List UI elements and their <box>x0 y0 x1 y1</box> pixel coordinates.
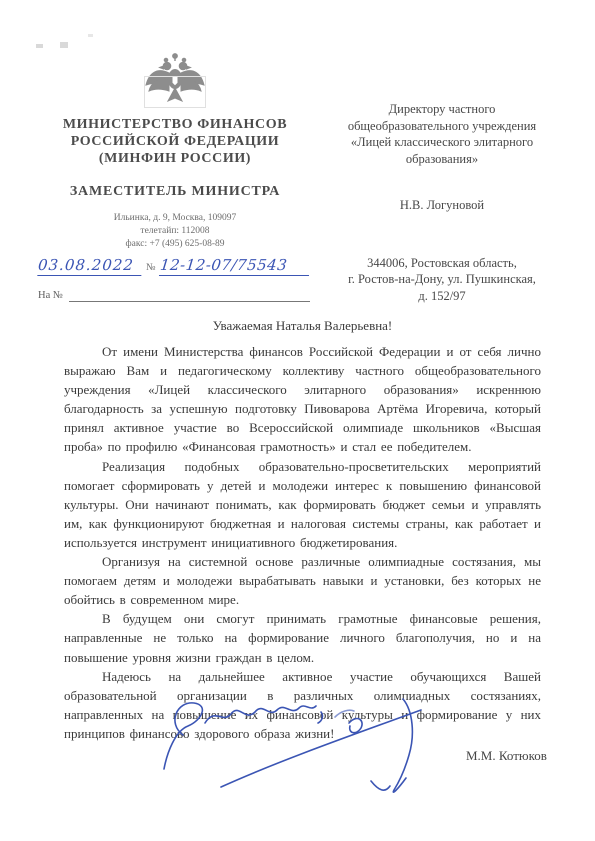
paragraph: В будущем они смогут принимать грамотные… <box>64 609 541 666</box>
handwritten-signature-icon <box>163 693 443 808</box>
paragraph: От имени Министерства финансов Российско… <box>64 342 541 457</box>
ministry-address: Ильинка, д. 9, Москва, 109097 телетайп: … <box>36 212 314 251</box>
ministry-name-line3: (МИНФИН РОССИИ) <box>36 150 314 167</box>
paragraph: Реализация подобных образовательно-просв… <box>64 457 541 552</box>
letter-body: Уважаемая Наталья Валерьевна! От имени М… <box>64 318 541 743</box>
addressee-name: Н.В. Логуновой <box>318 197 566 214</box>
addressee-line3: «Лицей классического элитарного <box>318 134 566 151</box>
salutation: Уважаемая Наталья Валерьевна! <box>64 318 541 334</box>
date-number-row: 03.08.2022 № 12-12-07/75543 <box>38 256 310 276</box>
addressee-line4: образования» <box>318 151 566 168</box>
addressee-address-line1: 344006, Ростовская область, <box>318 255 566 272</box>
ministry-address-line1: Ильинка, д. 9, Москва, 109097 <box>36 212 314 225</box>
addressee-line2: общеобразовательного учреждения <box>318 118 566 135</box>
addressee-address: 344006, Ростовская область, г. Ростов-на… <box>318 255 566 305</box>
addressee-address-line3: д. 152/97 <box>318 288 566 305</box>
handwritten-date: 03.08.2022 <box>37 256 142 276</box>
addressee-address-line2: г. Ростов-на-Дону, ул. Пушкинская, <box>318 271 566 288</box>
reference-blank-line <box>69 288 310 302</box>
scan-artifact <box>60 42 68 48</box>
ministry-address-line3: факс: +7 (495) 625-08-89 <box>36 238 314 251</box>
handwritten-outgoing-number: 12-12-07/75543 <box>158 256 311 276</box>
ministry-name-line1: МИНИСТЕРСТВО ФИНАНСОВ <box>36 116 314 133</box>
scan-artifact <box>88 34 93 37</box>
reference-number-row: На № <box>38 288 310 302</box>
scanned-letter-page: МИНИСТЕРСТВО ФИНАНСОВ РОССИЙСКОЙ ФЕДЕРАЦ… <box>0 0 595 841</box>
sender-position-title: ЗАМЕСТИТЕЛЬ МИНИСТРА <box>36 184 314 200</box>
signer-name: М.М. Котюков <box>466 748 547 764</box>
ministry-name-line2: РОССИЙСКОЙ ФЕДЕРАЦИИ <box>36 133 314 150</box>
addressee-line1: Директору частного <box>318 101 566 118</box>
emblem-frame <box>144 76 206 108</box>
reference-label: На № <box>38 290 69 302</box>
scan-artifact <box>36 44 43 48</box>
paragraph: Организуя на системной основе различные … <box>64 552 541 609</box>
number-sign: № <box>142 262 160 276</box>
ministry-address-line2: телетайп: 112008 <box>36 225 314 238</box>
letterhead: МИНИСТЕРСТВО ФИНАНСОВ РОССИЙСКОЙ ФЕДЕРАЦ… <box>36 52 314 251</box>
coat-of-arms-icon <box>142 52 208 110</box>
addressee-block: Директору частного общеобразовательного … <box>318 101 566 304</box>
ministry-name: МИНИСТЕРСТВО ФИНАНСОВ РОССИЙСКОЙ ФЕДЕРАЦ… <box>36 116 314 167</box>
